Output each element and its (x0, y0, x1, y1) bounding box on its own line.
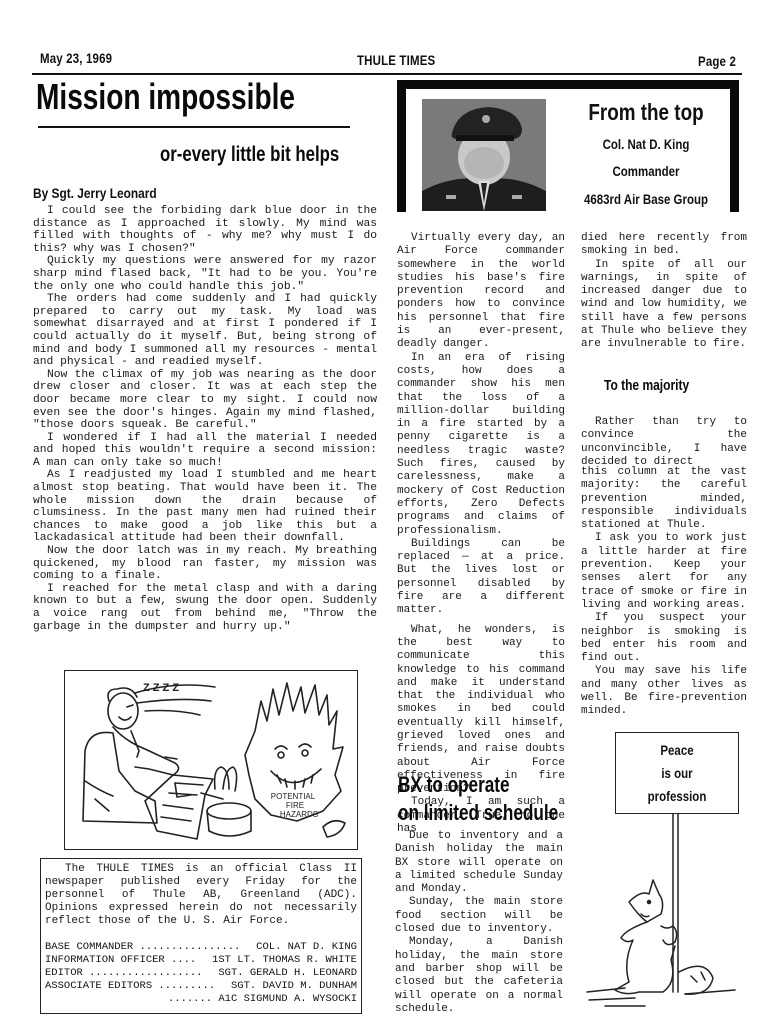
paragraph: Now the door latch was in my reach. My b… (33, 545, 377, 583)
paragraph: I could see the forbiding dark blue door… (33, 205, 377, 255)
paragraph: Now the climax of my job was nearing as … (33, 369, 377, 432)
svg-text:HAZARDS: HAZARDS (280, 810, 318, 819)
from-the-top-col2-bottom-a: Rather than try to convince the unconvin… (581, 416, 747, 469)
staff-row: INFORMATION OFFICER .... 1ST LT. THOMAS … (45, 954, 357, 967)
mission-article-body: I could see the forbiding dark blue door… (33, 205, 377, 633)
headline-rule (38, 126, 350, 128)
peace-sign-cartoon: Peace is our profession (585, 730, 765, 1020)
staff-row: EDITOR .................. SGT. GERALD H.… (45, 967, 357, 980)
staff-name: 1ST LT. THOMAS R. WHITE (212, 954, 357, 967)
byline: By Sgt. Jerry Leonard (33, 185, 157, 201)
paragraph: this column at the vast majority: the ca… (581, 466, 747, 532)
staff-name: SGT. GERALD H. LEONARD (218, 967, 357, 980)
fire-hazard-cartoon: Z Z Z Z POTENTIAL FIRE HAZARDS (64, 670, 358, 850)
sleep-zzz: Z Z Z Z (143, 682, 179, 694)
staff-list: BASE COMMANDER ................ COL. NAT… (45, 941, 357, 1006)
staff-role: ASSOCIATE EDITORS ......... (45, 980, 215, 993)
fox-holding-sign-icon (585, 730, 765, 1020)
paragraph: Monday, a Danish holiday, the main store… (395, 936, 563, 1016)
page-date: May 23, 1969 (40, 50, 128, 66)
paragraph: Buildings can be replaced — at a price. … (397, 538, 565, 618)
commander-position: Commander (572, 162, 720, 180)
page-number: Page 2 (698, 53, 744, 69)
from-the-top-title: From the top (572, 99, 720, 125)
paragraph: Virtually every day, an Air Force comman… (397, 232, 565, 352)
staff-name: ....... A1C SIGMUND A. WYSOCKI (168, 993, 357, 1006)
commander-photo (422, 99, 546, 211)
paragraph: I ask you to work just a little harder a… (581, 532, 747, 612)
paragraph: In an era of rising costs, how does a co… (397, 352, 565, 538)
staff-role: BASE COMMANDER ................ (45, 941, 240, 954)
paragraph: Quickly my questions were answered for m… (33, 255, 377, 293)
paragraph: I wondered if I had all the material I n… (33, 432, 377, 470)
commander-name: Col. Nat D. King (572, 135, 720, 153)
from-the-top-col2-bottom-b: this column at the vast majority: the ca… (581, 466, 747, 719)
svg-text:POTENTIAL: POTENTIAL (271, 792, 316, 801)
date-text: May 23, 1969 (40, 50, 112, 66)
staff-row: ....... A1C SIGMUND A. WYSOCKI (45, 993, 357, 1006)
staff-name: SGT. DAVID M. DUNHAM (231, 980, 357, 993)
commander-unit: 4683rd Air Base Group (572, 190, 720, 208)
subhead-to-the-majority: To the majority (604, 377, 689, 395)
bx-headline-line1: BX to operate (398, 772, 510, 798)
staff-row: BASE COMMANDER ................ COL. NAT… (45, 941, 357, 954)
paper-name: THULE TIMES (357, 52, 453, 68)
masthead-statement: The THULE TIMES is an official Class II … (45, 863, 357, 928)
paper-name-text: THULE TIMES (357, 52, 435, 68)
paragraph: You may save his life and many other liv… (581, 665, 747, 718)
paragraph: died here recently from smoking in bed. (581, 232, 747, 259)
paragraph: If you suspect your neighbor is smoking … (581, 612, 747, 665)
portrait-icon (422, 99, 546, 211)
staff-role: EDITOR .................. (45, 967, 203, 980)
paragraph: What, he wonders, is the best way to com… (397, 624, 565, 797)
paragraph: I reached for the metal clasp and with a… (33, 583, 377, 633)
staff-role: INFORMATION OFFICER .... (45, 954, 196, 967)
paragraph: Sunday, the main store food section will… (395, 896, 563, 936)
bx-article-body: Due to inventory and a Danish holiday th… (395, 830, 563, 1016)
paragraph: In spite of all our warnings, in spite o… (581, 259, 747, 352)
paragraph: Rather than try to convince the unconvin… (581, 416, 747, 469)
masthead-box: The THULE TIMES is an official Class II … (40, 858, 362, 1014)
staff-name: COL. NAT D. KING (256, 941, 357, 954)
header-rule (32, 73, 742, 75)
from-the-top-col1: Virtually every day, an Air Force comman… (397, 232, 565, 836)
svg-text:FIRE: FIRE (286, 801, 304, 810)
page-number-text: Page 2 (698, 53, 736, 69)
subhead-every-little-bit: or-every little bit helps (160, 143, 339, 167)
paragraph: Due to inventory and a Danish holiday th… (395, 830, 563, 896)
paragraph: As I readjusted my load I stumbled and m… (33, 469, 377, 545)
paragraph: The orders had come suddenly and I had q… (33, 293, 377, 369)
cartoon-illustration-icon: Z Z Z Z POTENTIAL FIRE HAZARDS (65, 671, 357, 849)
masthead-statement-text: The THULE TIMES is an official Class II … (45, 863, 357, 928)
headline-mission-impossible: Mission impossible (36, 76, 295, 118)
from-the-top-box: From the top Col. Nat D. King Commander … (397, 80, 739, 212)
bx-headline-line2: on limited schedule (398, 800, 558, 826)
from-the-top-col2: died here recently from smoking in bed. … (581, 232, 747, 352)
staff-row: ASSOCIATE EDITORS ......... SGT. DAVID M… (45, 980, 357, 993)
